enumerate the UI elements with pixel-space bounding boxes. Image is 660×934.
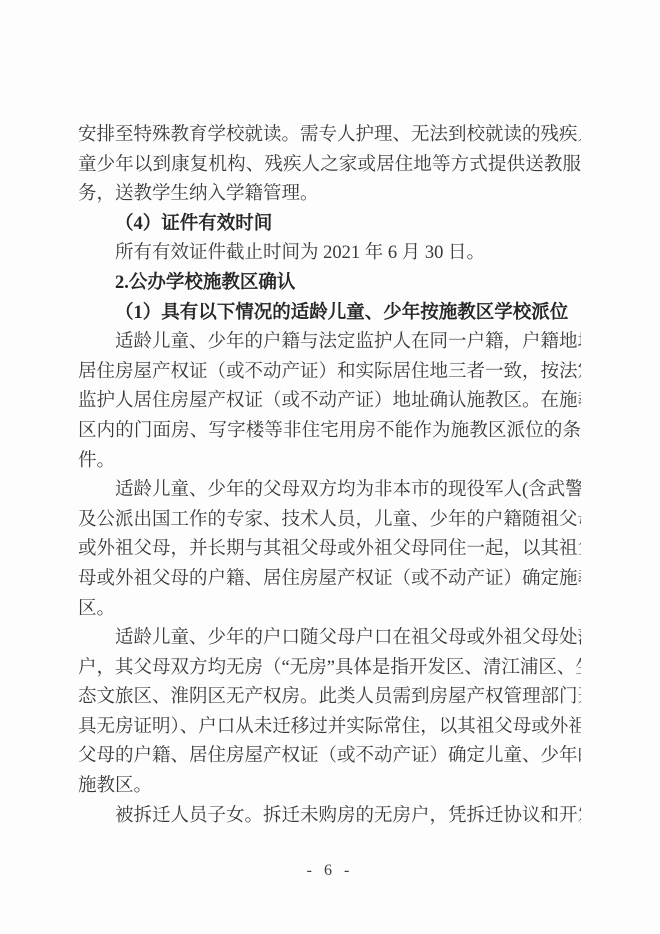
paragraph-special-education-continuation: 安排至特殊教育学校就读。需专人护理、无法到校就读的残疾儿童少年以到康复机构、残疾…	[78, 121, 581, 210]
text-line: 2.公办学校施教区确认	[78, 269, 581, 299]
text-line: 适龄儿童、少年的户籍与法定监护人在同一户籍，户籍地址、	[78, 328, 581, 358]
paragraph-demolished-household-children: 被拆迁人员子女。拆迁未购房的无房户，凭拆迁协议和开发	[78, 802, 581, 832]
heading-public-school-district-confirmation: 2.公办学校施教区确认	[78, 269, 581, 299]
text-line: 态文旅区、淮阴区无产权房。此类人员需到房屋产权管理部门开	[78, 683, 581, 713]
text-line: 安排至特殊教育学校就读。需专人护理、无法到校就读的残疾儿	[78, 121, 581, 151]
text-line: 户，其父母双方均无房（“无房”具体是指开发区、清江浦区、生	[78, 654, 581, 684]
text-line: 区内的门面房、写字楼等非住宅用房不能作为施教区派位的条	[78, 417, 581, 447]
paragraph-grandparents-household: 适龄儿童、少年的户口随父母户口在祖父母或外祖父母处落户，其父母双方均无房（“无房…	[78, 624, 581, 802]
document-text-area: 安排至特殊教育学校就读。需专人护理、无法到校就读的残疾儿童少年以到康复机构、残疾…	[78, 121, 581, 831]
heading-certificate-validity: （4）证件有效时间	[78, 210, 581, 240]
text-line: 被拆迁人员子女。拆迁未购房的无房户，凭拆迁协议和开发	[78, 802, 581, 832]
text-line: 适龄儿童、少年的父母双方均为非本市的现役军人(含武警)	[78, 476, 581, 506]
text-line: （4）证件有效时间	[78, 210, 581, 240]
paragraph-household-registration-consistency: 适龄儿童、少年的户籍与法定监护人在同一户籍，户籍地址、居住房屋产权证（或不动产证…	[78, 328, 581, 476]
text-line: 童少年以到康复机构、残疾人之家或居住地等方式提供送教服	[78, 151, 581, 181]
text-line: （1）具有以下情况的适龄儿童、少年按施教区学校派位	[78, 299, 581, 329]
text-line: 务，送教学生纳入学籍管理。	[78, 180, 581, 210]
heading-district-placement-conditions: （1）具有以下情况的适龄儿童、少年按施教区学校派位	[78, 299, 581, 329]
text-line: 所有有效证件截止时间为 2021 年 6 月 30 日。	[78, 239, 581, 269]
text-line: 件。	[78, 447, 581, 477]
page-number: - 6 -	[0, 862, 660, 880]
text-line: 具无房证明）、户口从未迁移过并实际常住，以其祖父母或外祖	[78, 713, 581, 743]
text-line: 监护人居住房屋产权证（或不动产证）地址确认施教区。在施教	[78, 387, 581, 417]
text-line: 及公派出国工作的专家、技术人员，儿童、少年的户籍随祖父母	[78, 506, 581, 536]
paragraph-certificate-deadline: 所有有效证件截止时间为 2021 年 6 月 30 日。	[78, 239, 581, 269]
text-line: 或外祖父母，并长期与其祖父母或外祖父母同住一起，以其祖父	[78, 535, 581, 565]
text-line: 母或外祖父母的户籍、居住房屋产权证（或不动产证）确定施教	[78, 565, 581, 595]
text-line: 适龄儿童、少年的户口随父母户口在祖父母或外祖父母处落	[78, 624, 581, 654]
text-line: 区。	[78, 595, 581, 625]
text-line: 父母的户籍、居住房屋产权证（或不动产证）确定儿童、少年的	[78, 742, 581, 772]
paragraph-military-expert-parents: 适龄儿童、少年的父母双方均为非本市的现役军人(含武警)及公派出国工作的专家、技术…	[78, 476, 581, 624]
text-line: 居住房屋产权证（或不动产证）和实际居住地三者一致，按法定	[78, 358, 581, 388]
text-line: 施教区。	[78, 772, 581, 802]
